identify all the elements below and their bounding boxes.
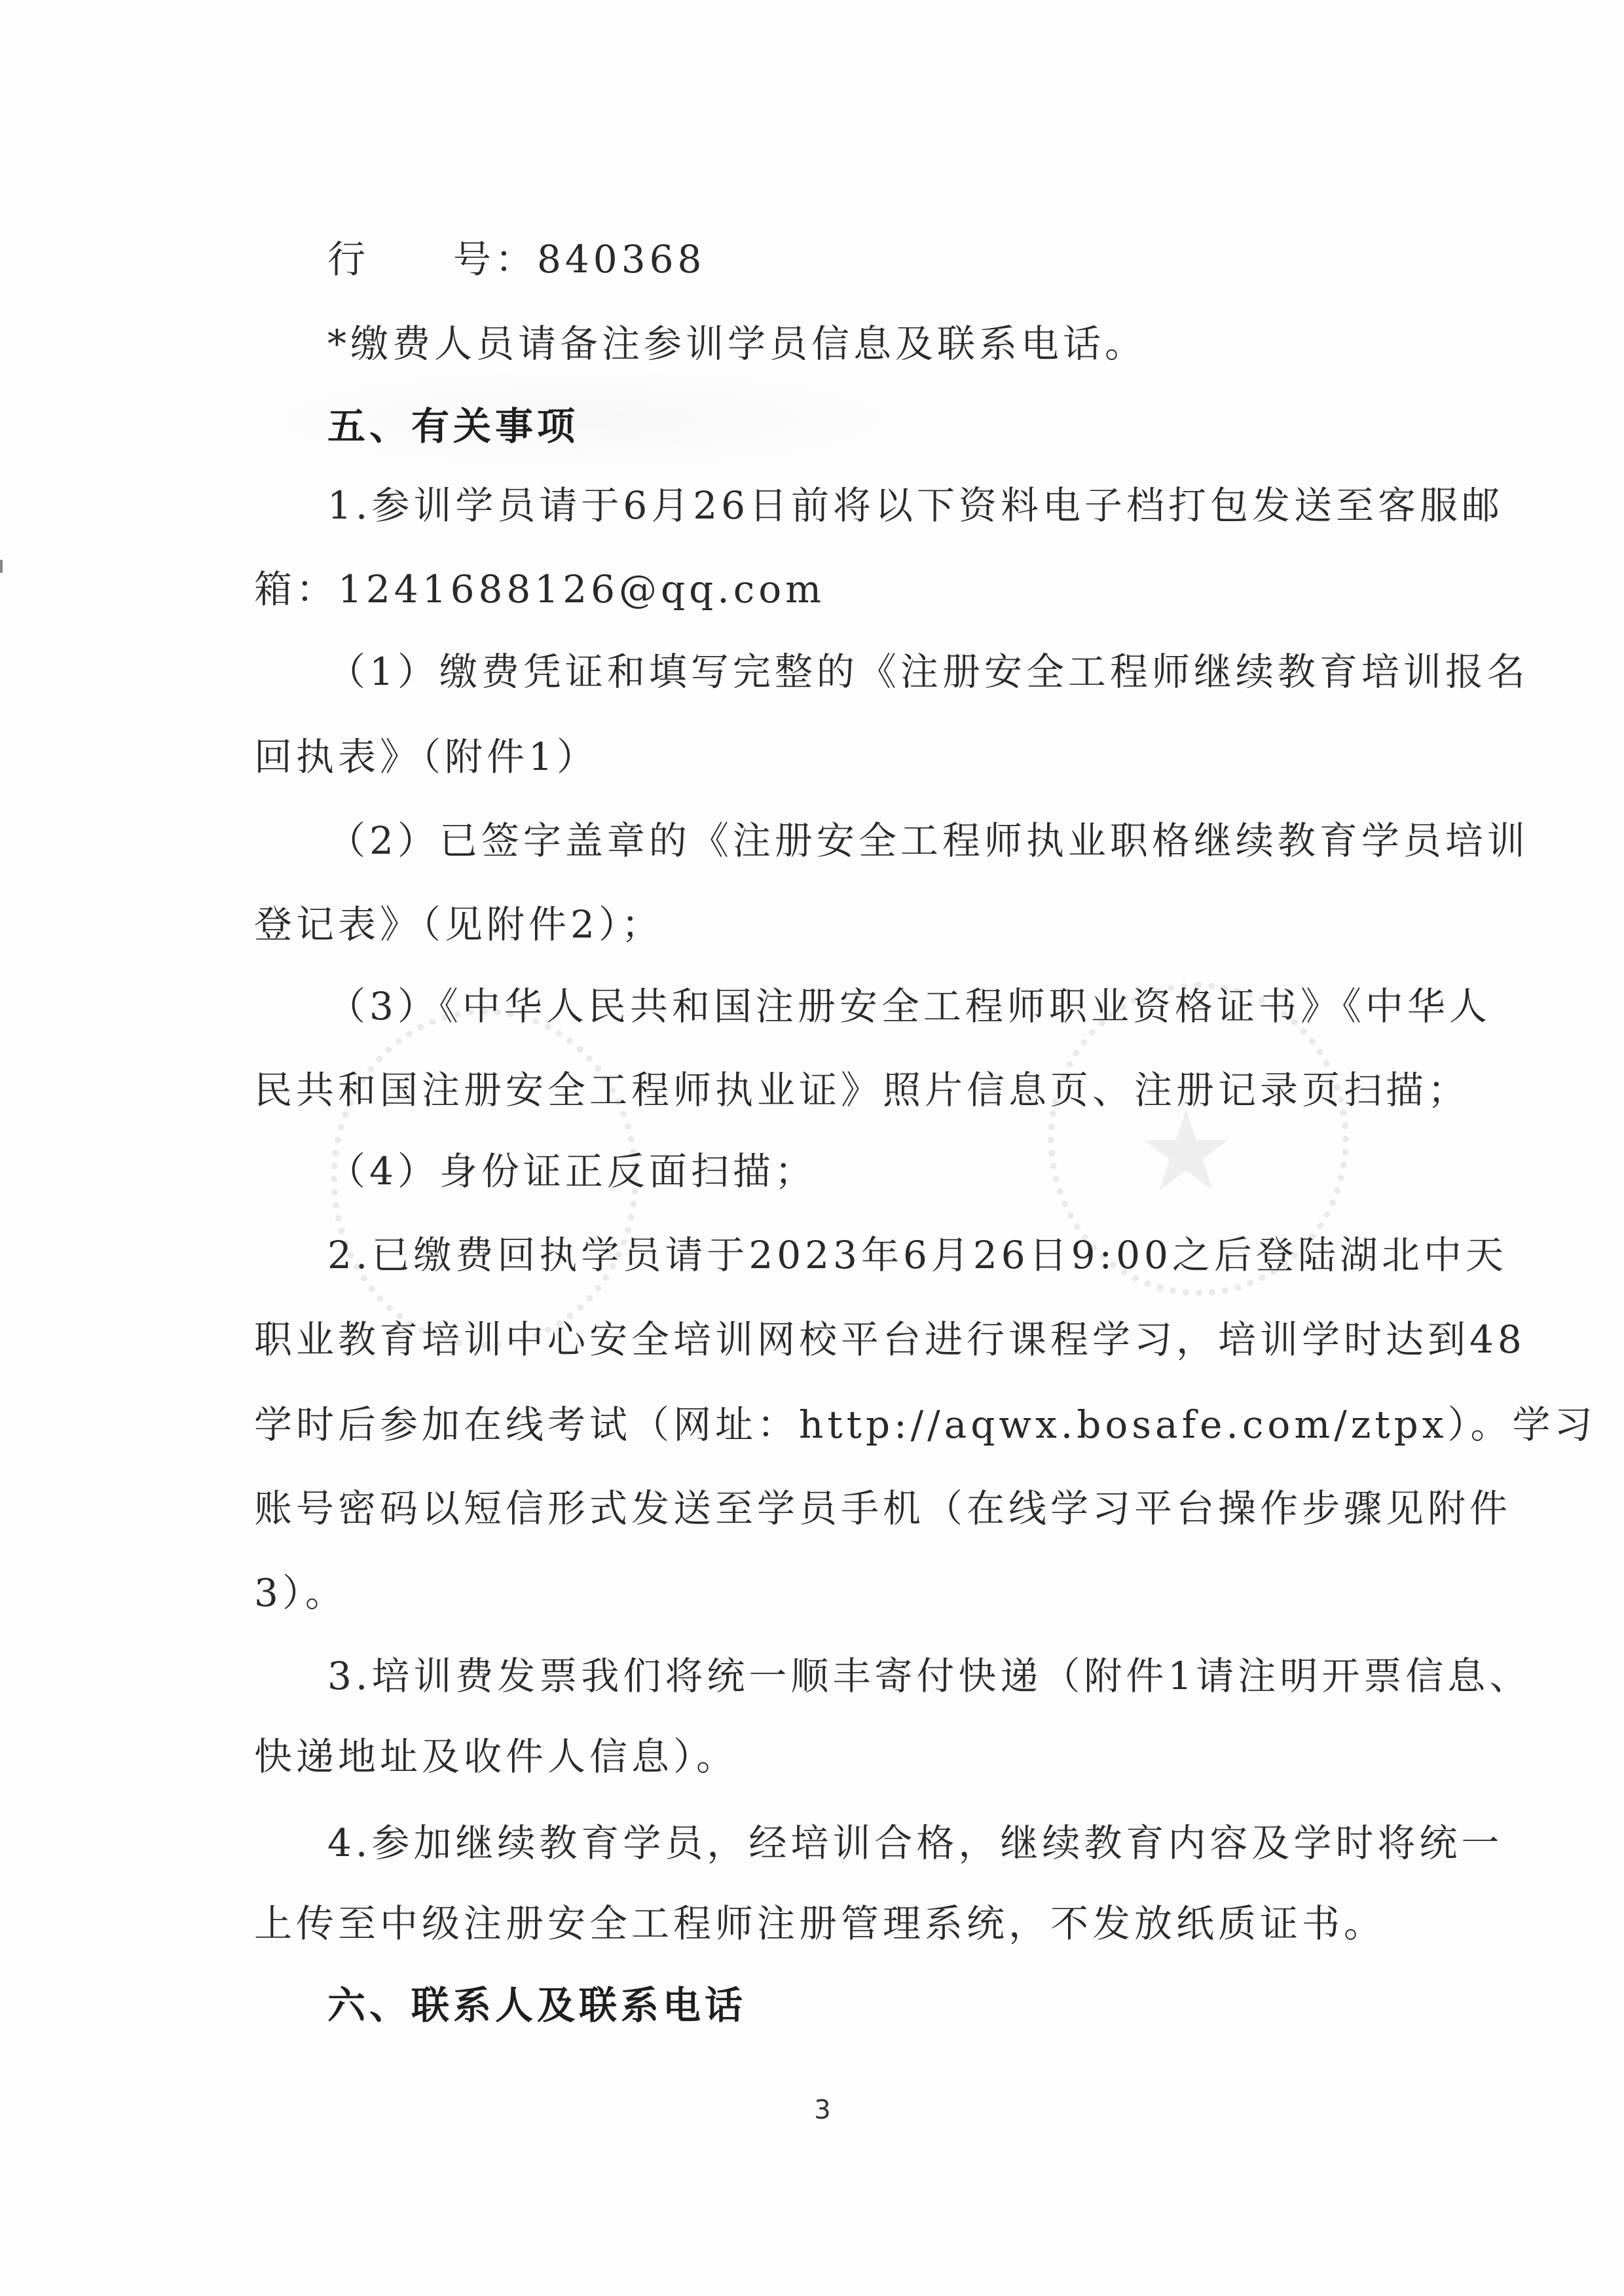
subitem-2-line-1: （2）已签字盖章的《注册安全工程师执业职格继续教育学员培训 <box>327 808 1387 873</box>
item-2-line-5: 3）。 <box>254 1560 1387 1626</box>
page-number: 3 <box>809 2095 836 2125</box>
item-3-line-2: 快递地址及收件人信息）。 <box>254 1724 1387 1789</box>
subitem-4: （4）身份证正反面扫描； <box>327 1139 1387 1204</box>
item-1-line-1: 1.参训学员请于6月26日前将以下资料电子档打包发送至客服邮 <box>327 473 1387 538</box>
item-4-line-2: 上传至中级注册安全工程师注册管理系统，不发放纸质证书。 <box>254 1891 1387 1956</box>
item-4-line-1: 4.参加继续教育学员，经培训合格，继续教育内容及学时将统一 <box>327 1810 1387 1876</box>
item-3-line-1: 3.培训费发票我们将统一顺丰寄付快递（附件1请注明开票信息、 <box>327 1643 1387 1709</box>
item-2-line-3-url: 学时后参加在线考试（网址：http://aqwx.bosafe.com/ztpx… <box>254 1392 1387 1457</box>
section-heading-6: 六、联系人及联系电话 <box>327 1973 747 2038</box>
item-1-email: 箱：1241688126@qq.com <box>254 556 1387 622</box>
section-heading-5: 五、有关事项 <box>327 393 579 459</box>
item-2-line-2: 职业教育培训中心安全培训网校平台进行课程学习，培训学时达到48 <box>254 1307 1387 1372</box>
payment-note: *缴费人员请备注参训学员信息及联系电话。 <box>327 311 1387 376</box>
document-page: ★ 行 号：840368 *缴费人员请备注参训学员信息及联系电话。 五、有关事项… <box>0 0 1624 2296</box>
bank-number-line: 行 号：840368 <box>327 227 1387 292</box>
subitem-1-line-2: 回执表》（附件1） <box>254 724 1387 790</box>
subitem-3-line-2: 民共和国注册安全工程师执业证》照片信息页、注册记录页扫描； <box>254 1057 1387 1123</box>
binding-mark <box>0 560 3 573</box>
item-2-line-4: 账号密码以短信形式发送至学员手机（在线学习平台操作步骤见附件 <box>254 1476 1387 1541</box>
item-2-line-1: 2.已缴费回执学员请于2023年6月26日9:00之后登陆湖北中天 <box>327 1222 1387 1288</box>
subitem-2-line-2: 登记表》（见附件2）； <box>254 892 1387 957</box>
subitem-1-line-1: （1）缴费凭证和填写完整的《注册安全工程师继续教育培训报名 <box>327 639 1387 704</box>
subitem-3-line-1: （3）《中华人民共和国注册安全工程师职业资格证书》《中华人 <box>327 974 1387 1039</box>
